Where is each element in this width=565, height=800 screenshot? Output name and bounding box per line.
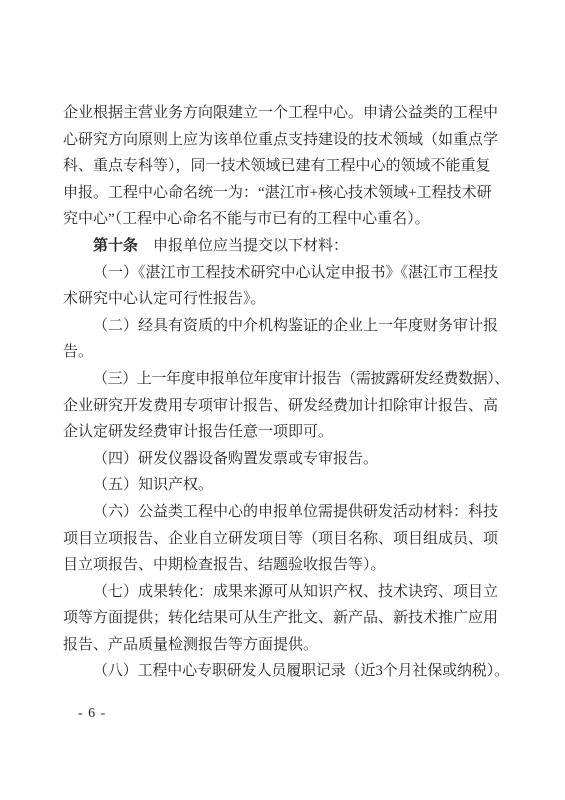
text-line-content: 究中心”（工程中心命名不能与市已有的工程中心重名）。: [63, 206, 430, 233]
text-line-content: （八）工程中心专职研发人员履职记录（近3个月社保或纳税）。: [93, 658, 509, 685]
text-line: 告。: [63, 339, 501, 366]
text-line: （二）经具有资质的中介机构鉴证的企业上一年度财务审计报: [63, 313, 501, 340]
text-line-content: 告。: [63, 339, 93, 366]
text-line: 申报。工程中心命名统一为：“湛江市+核心技术领域+工程技术研: [63, 180, 501, 207]
text-line: （六）公益类工程中心的申报单位需提供研发活动材料：科技: [63, 499, 501, 526]
text-line-content: 项目立项报告、企业自立研发项目等（项目名称、项目组成员、项: [63, 526, 498, 553]
text-line-content: 目立项报告、中期检查报告、结题验收报告等）。: [63, 552, 386, 579]
text-line: 术研究中心认定可行性报告》。: [63, 286, 501, 313]
text-line: 企认定研发经费审计报告任意一项即可。: [63, 419, 501, 446]
text-line: （八）工程中心专职研发人员履职记录（近3个月社保或纳税）。: [63, 658, 501, 685]
page-number: - 6 -: [78, 705, 106, 723]
text-line: 目立项报告、中期检查报告、结题验收报告等）。: [63, 552, 501, 579]
text-line: （七）成果转化：成果来源可从知识产权、技术诀窍、项目立: [63, 579, 501, 606]
article-number: 第十条: [93, 238, 138, 254]
text-line-content: 术研究中心认定可行性报告》。: [63, 286, 266, 313]
text-line: （一）《湛江市工程技术研究中心认定申报书》《湛江市工程技: [63, 260, 501, 287]
text-line: （三）上一年度申报单位年度审计报告（需披露研发经费数据）、: [63, 366, 501, 393]
text-line-content: （二）经具有资质的中介机构鉴证的企业上一年度财务审计报: [93, 313, 498, 340]
text-line-content: （三）上一年度申报单位年度审计报告（需披露研发经费数据）、: [93, 366, 509, 393]
text-line: 企业研究开发费用专项审计报告、研发经费加计扣除审计报告、高: [63, 393, 501, 420]
text-line: （四）研发仪器设备购置发票或专审报告。: [63, 446, 501, 473]
text-line-content: 第十条 申报单位应当提交以下材料：: [93, 233, 348, 260]
text-line: 项等方面提供；转化结果可从生产批文、新产品、新技术推广应用: [63, 605, 501, 632]
document-page: 企业根据主营业务方向限建立一个工程中心。申请公益类的工程中心研究方向原则上应为该…: [0, 0, 565, 800]
text-line-content: 企业根据主营业务方向限建立一个工程中心。申请公益类的工程中: [63, 100, 498, 127]
text-line: 第十条 申报单位应当提交以下材料：: [63, 233, 501, 260]
text-line-content: 报告、产品质量检测报告等方面提供。: [63, 632, 318, 659]
text-line-content: （五）知识产权。: [93, 472, 213, 499]
text-line: 科、重点专科等），同一技术领域已建有工程中心的领域不能重复: [63, 153, 501, 180]
text-line: 心研究方向原则上应为该单位重点支持建设的技术领域（如重点学: [63, 127, 501, 154]
text-line: 项目立项报告、企业自立研发项目等（项目名称、项目组成员、项: [63, 526, 501, 553]
text-line: 究中心”（工程中心命名不能与市已有的工程中心重名）。: [63, 206, 501, 233]
text-line-content: （六）公益类工程中心的申报单位需提供研发活动材料：科技: [93, 499, 498, 526]
text-line: 企业根据主营业务方向限建立一个工程中心。申请公益类的工程中: [63, 100, 501, 127]
text-line: （五）知识产权。: [63, 472, 501, 499]
text-line-content: 项等方面提供；转化结果可从生产批文、新产品、新技术推广应用: [63, 605, 498, 632]
text-line: 报告、产品质量检测报告等方面提供。: [63, 632, 501, 659]
document-body: 企业根据主营业务方向限建立一个工程中心。申请公益类的工程中心研究方向原则上应为该…: [63, 100, 501, 685]
text-line-content: （七）成果转化：成果来源可从知识产权、技术诀窍、项目立: [93, 579, 498, 606]
text-line-content: （四）研发仪器设备购置发票或专审报告。: [93, 446, 378, 473]
text-line-content: 企业研究开发费用专项审计报告、研发经费加计扣除审计报告、高: [63, 393, 498, 420]
article-text: 申报单位应当提交以下材料：: [138, 238, 348, 254]
text-line-content: 申报。工程中心命名统一为：“湛江市+核心技术领域+工程技术研: [63, 180, 492, 207]
text-line-content: 企认定研发经费审计报告任意一项即可。: [63, 419, 333, 446]
text-line-content: 心研究方向原则上应为该单位重点支持建设的技术领域（如重点学: [63, 127, 498, 154]
text-line-content: （一）《湛江市工程技术研究中心认定申报书》《湛江市工程技: [93, 260, 498, 287]
text-line-content: 科、重点专科等），同一技术领域已建有工程中心的领域不能重复: [63, 153, 491, 180]
